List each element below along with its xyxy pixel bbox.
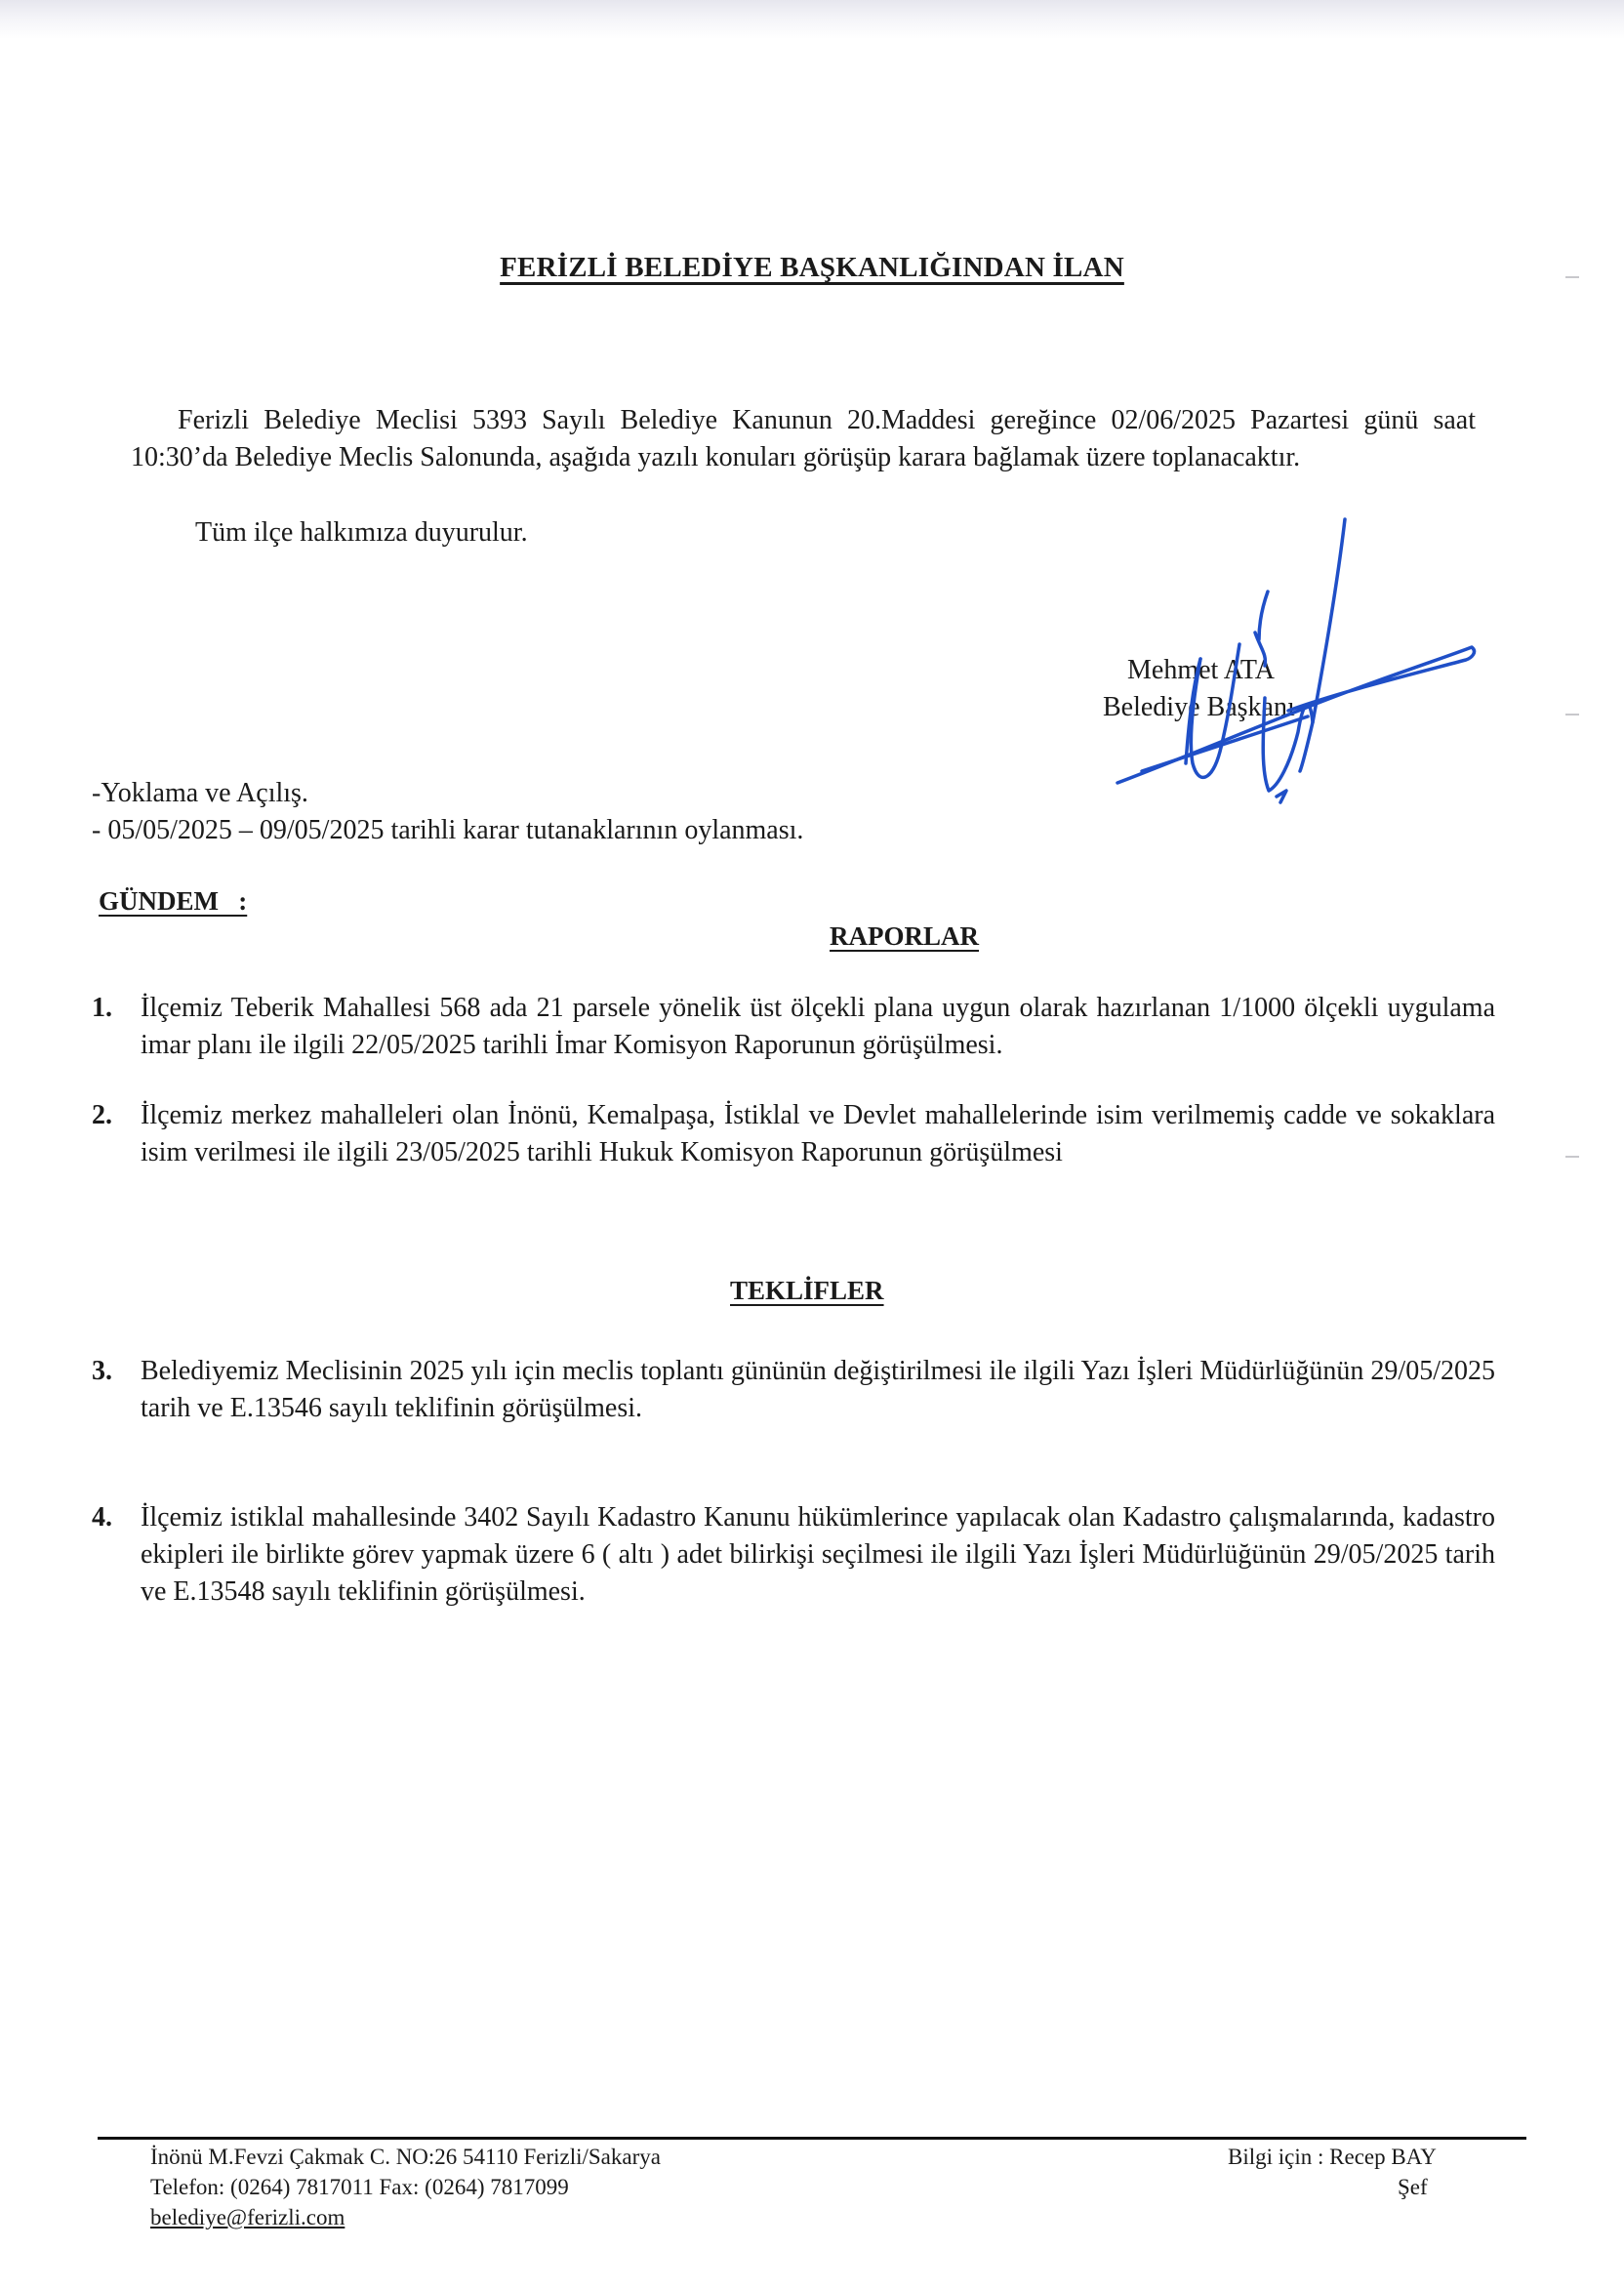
agenda-item-number: 3.	[92, 1353, 141, 1427]
preliminary-item: -Yoklama ve Açılış.	[92, 775, 308, 812]
preliminary-item: - 05/05/2025 – 09/05/2025 tarihli karar …	[92, 812, 803, 849]
footer-contact: İnönü M.Fevzi Çakmak C. NO:26 54110 Feri…	[150, 2142, 661, 2232]
signature-block: Mehmet ATA Belediye Başkanı	[1103, 652, 1295, 726]
signatory-name: Mehmet ATA	[1103, 652, 1295, 689]
agenda-item-text: İlçemiz Teberik Mahallesi 568 ada 21 par…	[141, 990, 1495, 1064]
document-title: FERİZLİ BELEDİYE BAŞKANLIĞINDAN İLAN	[0, 252, 1624, 284]
agenda-item-number: 4.	[92, 1499, 141, 1611]
footer-info-contact: Bilgi için : Recep BAY	[1228, 2142, 1437, 2172]
agenda-item-text: İlçemiz istiklal mahallesinde 3402 Sayıl…	[141, 1499, 1495, 1611]
section-heading-reports: RAPORLAR	[830, 921, 979, 952]
agenda-item-text: İlçemiz merkez mahalleleri olan İnönü, K…	[141, 1097, 1495, 1171]
announcement: Tüm ilçe halkımıza duyurulur.	[195, 514, 528, 552]
agenda-item: 1. İlçemiz Teberik Mahallesi 568 ada 21 …	[92, 990, 1495, 1064]
section-heading-proposals: TEKLİFLER	[730, 1276, 884, 1306]
intro-text: Ferizli Belediye Meclisi 5393 Sayılı Bel…	[131, 402, 1476, 476]
intro-paragraph: Ferizli Belediye Meclisi 5393 Sayılı Bel…	[131, 402, 1476, 476]
agenda-item-text: Belediyemiz Meclisinin 2025 yılı için me…	[141, 1353, 1495, 1427]
agenda-item: 2. İlçemiz merkez mahalleleri olan İnönü…	[92, 1097, 1495, 1171]
agenda-item: 3. Belediyemiz Meclisinin 2025 yılı için…	[92, 1353, 1495, 1427]
agenda-item-number: 1.	[92, 990, 141, 1064]
agenda-item-number: 2.	[92, 1097, 141, 1171]
footer-address: İnönü M.Fevzi Çakmak C. NO:26 54110 Feri…	[150, 2142, 661, 2172]
footer-info: Bilgi için : Recep BAY Şef	[1228, 2142, 1437, 2202]
footer-divider	[98, 2137, 1526, 2140]
scan-artifact	[1565, 276, 1579, 278]
footer-phone-fax: Telefon: (0264) 7817011 Fax: (0264) 7817…	[150, 2172, 661, 2202]
agenda-item: 4. İlçemiz istiklal mahallesinde 3402 Sa…	[92, 1499, 1495, 1611]
footer-info-role: Şef	[1228, 2172, 1437, 2202]
footer-email-link[interactable]: belediye@ferizli.com	[150, 2202, 661, 2232]
document-title-text: FERİZLİ BELEDİYE BAŞKANLIĞINDAN İLAN	[500, 252, 1124, 283]
signatory-title: Belediye Başkanı	[1103, 689, 1295, 726]
scan-artifact	[1565, 1156, 1579, 1158]
scan-artifact	[1565, 714, 1579, 716]
agenda-label: GÜNDEM :	[99, 886, 247, 917]
